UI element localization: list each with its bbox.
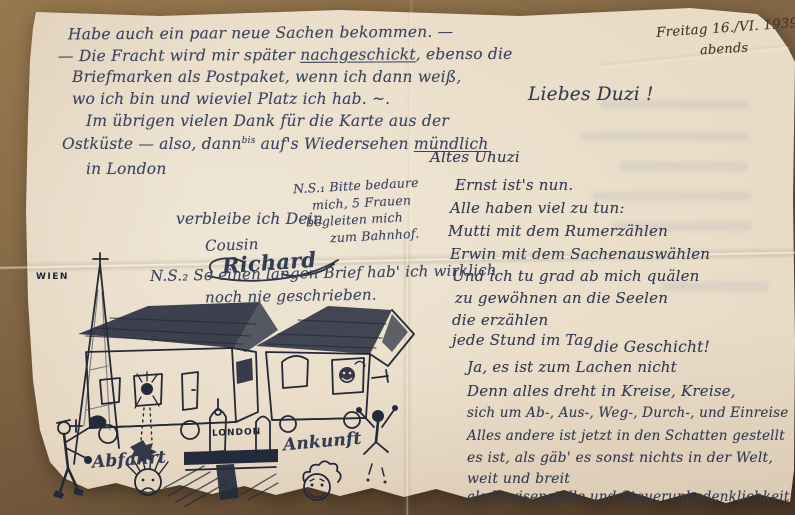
- photo-of-handwritten-letter: { "photo": { "table_color": "#8a6d49", "…: [0, 0, 795, 515]
- smiling-face-sketch: [303, 461, 341, 500]
- letter-line: Habe auch ein paar neue Sachen bekommen.…: [68, 23, 453, 44]
- letter-line: in London: [86, 160, 167, 178]
- ink-showthrough-smudge: [618, 162, 748, 171]
- poem-line: als Devisenstelle und Steuerunbedenklich…: [467, 489, 795, 505]
- letter-line: Ostküste — also, dannbis auf's Wiederseh…: [62, 135, 489, 153]
- poem-line: Mutti mit dem Rumerzählen: [448, 222, 668, 240]
- letter-line-part: , ebenso die: [416, 45, 513, 64]
- poem-line-offset: die Geschicht!: [594, 338, 710, 356]
- wagon-2-sketch: [256, 306, 414, 432]
- poem-line: sich um Ab-, Aus-, Weg-, Durch-, und Ein…: [467, 405, 788, 421]
- poem-line: Alle haben viel zu tun:: [450, 199, 625, 217]
- date-time-of-day: abends: [700, 41, 749, 59]
- salutation: Liebes Duzi !: [528, 84, 654, 105]
- poem-line: Denn alles dreht in Kreise, Kreise,: [467, 382, 736, 400]
- poem-line: weit und breit: [467, 471, 570, 487]
- poem-line: es ist, als gäb' es sonst nichts in der …: [467, 450, 773, 466]
- letter-line: Im übrigen vielen Dank für die Karte aus…: [86, 112, 449, 130]
- poem-line: Ernst ist's nun.: [455, 176, 573, 194]
- letter-line: wo ich bin und wieviel Platz ich hab. ~.: [72, 90, 390, 108]
- poem-line: Alles andere ist jetzt in den Schatten g…: [467, 428, 785, 444]
- poem-line: Ja, es ist zum Lachen nicht: [467, 358, 677, 376]
- poem-line: jede Stund im Tag: [452, 331, 593, 349]
- poem-line: Erwin mit dem Sachenauswählen: [450, 245, 710, 263]
- closing-line: verbleibe ich Dein: [176, 210, 323, 228]
- london-bridge-sketch: [164, 399, 278, 507]
- poem-line: Und ich tu grad ab mich quälen: [452, 267, 700, 285]
- inserted-word-bis: bis: [242, 136, 256, 146]
- letter-line-part: auf's Wiedersehen: [256, 135, 414, 153]
- letter-line-part: Ostküste — also, dann: [62, 135, 242, 153]
- london-label: LONDON: [212, 427, 262, 439]
- wagon-1-sketch: [70, 302, 278, 463]
- ink-drawing-departure-arrival: [20, 250, 440, 510]
- poem-line: die erzählen: [452, 311, 548, 329]
- letter-line-part: — Die Fracht wird mir später: [58, 46, 300, 65]
- letter-line: Briefmarken als Postpaket, wenn ich dann…: [72, 68, 462, 86]
- underlined-word: nachgeschickt: [300, 45, 416, 64]
- ink-showthrough-smudge: [580, 132, 750, 141]
- letter-line: — Die Fracht wird mir später nachgeschic…: [58, 45, 513, 65]
- poem-line: zu gewöhnen an die Seelen: [455, 289, 668, 307]
- poem-heading: Altes Uhuzi: [430, 148, 520, 166]
